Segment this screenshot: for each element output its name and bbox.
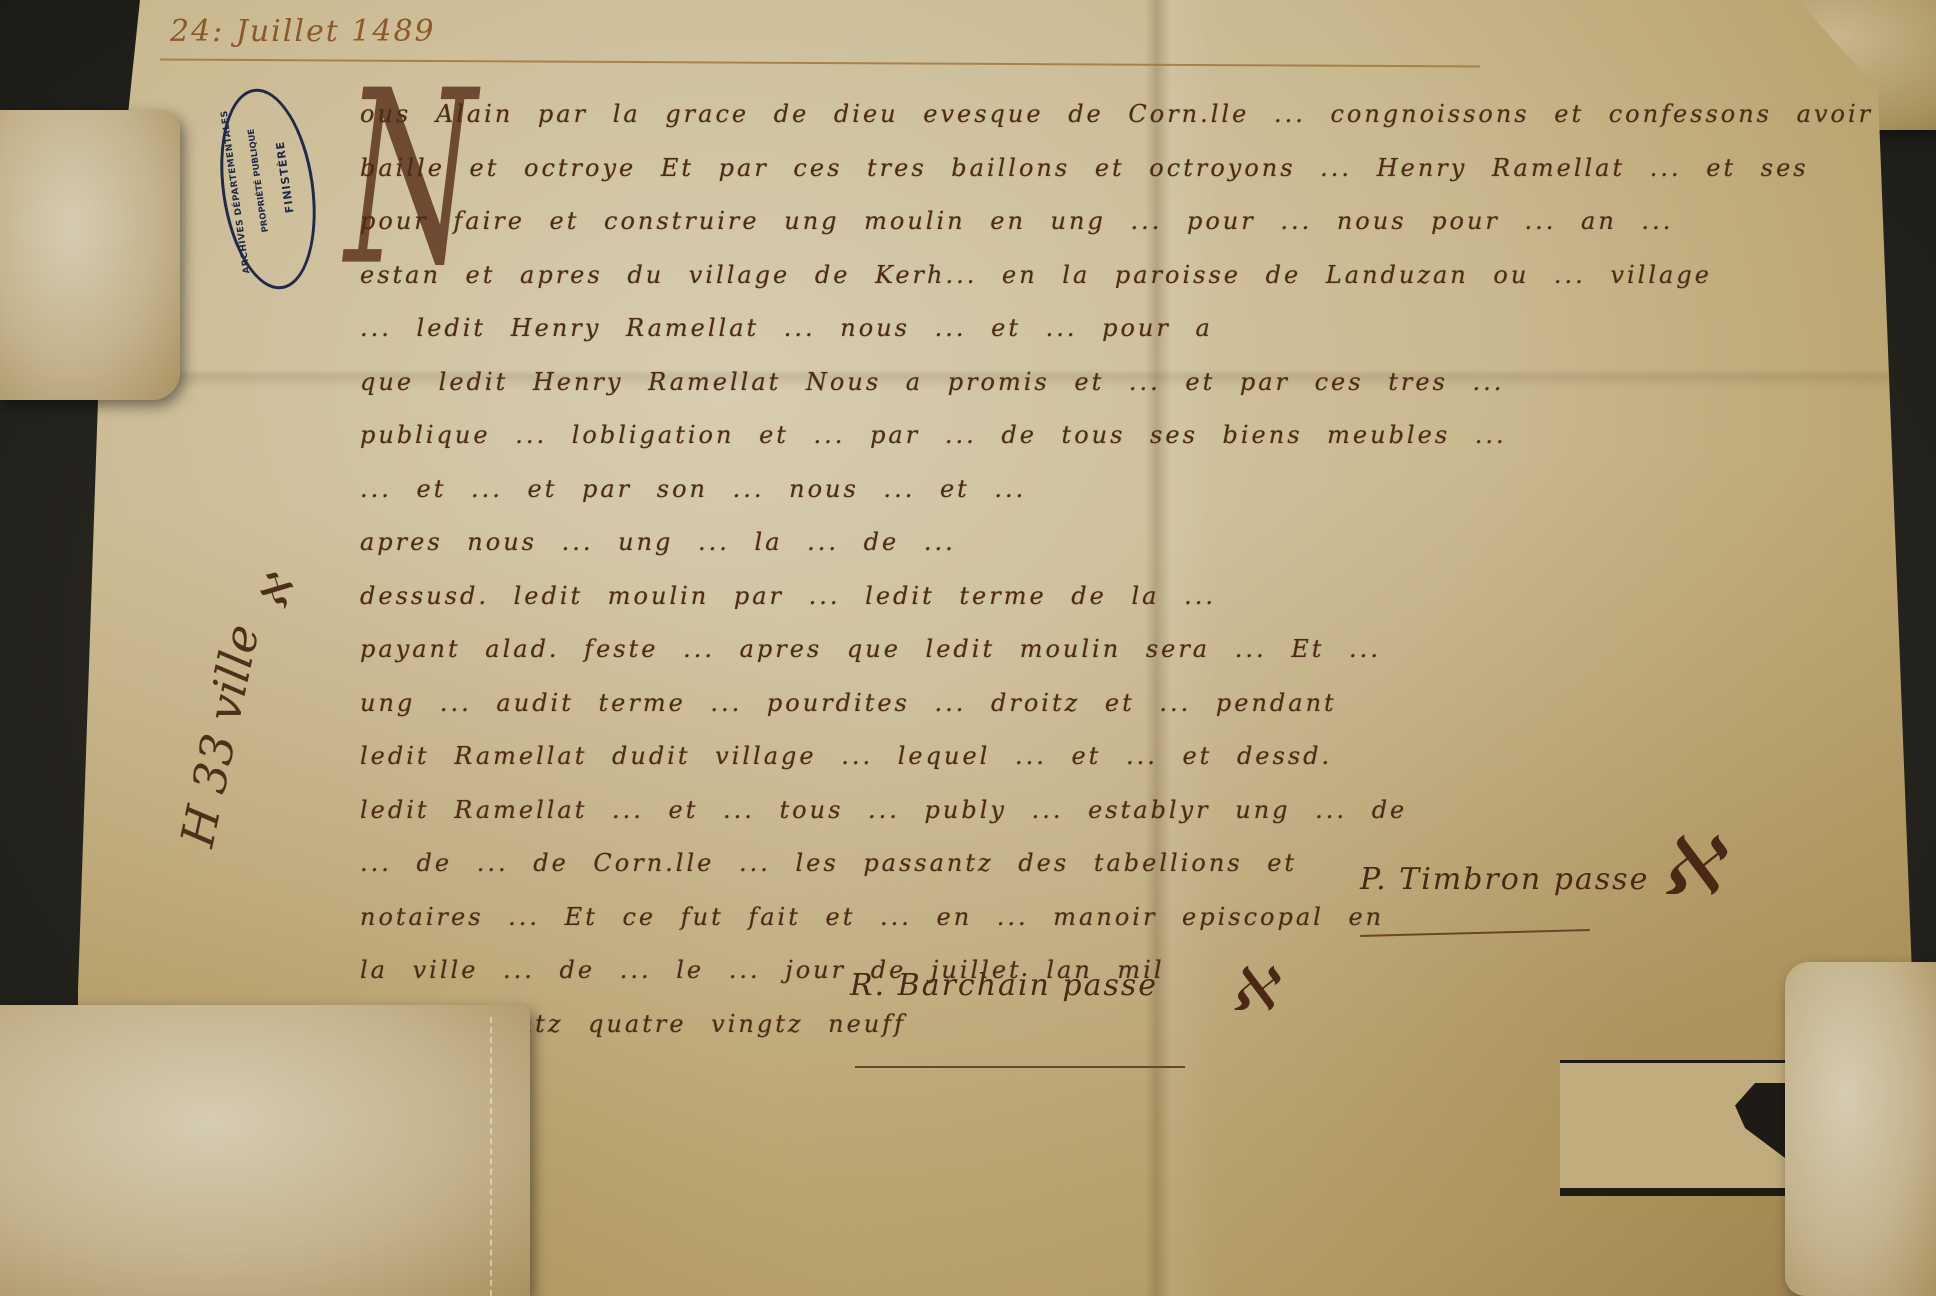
signature-timbron: P. Timbron passe	[1360, 862, 1649, 897]
manuscript-body: ous Alain par la grace de dieu evesque d…	[360, 88, 1830, 1051]
torn-edge	[1560, 1060, 1785, 1196]
text-line: notaires ... Et ce fut fait et ... en ..…	[360, 891, 1830, 945]
text-line: ledit Ramellat dudit village ... lequel …	[360, 730, 1830, 784]
paraph-flourish-icon: ℵ	[1660, 820, 1720, 913]
text-line: dessusd. ledit moulin par ... ledit term…	[360, 570, 1830, 624]
text-line: pour faire et construire ung moulin en u…	[360, 195, 1830, 249]
cloth-weight-bottom-left	[0, 1005, 530, 1296]
text-line: payant alad. feste ... apres que ledit m…	[360, 623, 1830, 677]
text-line: publique ... lobligation et ... par ... …	[360, 409, 1830, 463]
text-line: baille et octroye Et par ces tres baillo…	[360, 142, 1830, 196]
cloth-weight-right	[1785, 962, 1936, 1296]
stamp-line-2: PROPRIÉTÉ PUBLIQUE	[246, 128, 270, 233]
paraph-flourish-icon: ℵ	[1230, 955, 1275, 1025]
text-line: ous Alain par la grace de dieu evesque d…	[360, 88, 1830, 142]
stamp-line-3: FINISTÈRE	[273, 140, 296, 214]
text-line: ledit Ramellat ... et ... tous ... publy…	[360, 784, 1830, 838]
torn-hole	[1735, 1083, 1785, 1158]
text-line: apres nous ... ung ... la ... de ...	[360, 516, 1830, 570]
cloth-weight-left	[0, 110, 180, 400]
text-line: ... ledit Henry Ramellat ... nous ... et…	[360, 302, 1830, 356]
text-line: ung ... audit terme ... pourdites ... dr…	[360, 677, 1830, 731]
text-line: estan et apres du village de Kerh... en …	[360, 249, 1830, 303]
signature-underline	[855, 1066, 1185, 1068]
text-line: quatre centz quatre vingtz neuff	[360, 998, 1830, 1052]
signature-barchain: R. Barchain passe	[850, 968, 1158, 1003]
text-line: que ledit Henry Ramellat Nous a promis e…	[360, 356, 1830, 410]
text-line: ... et ... et par son ... nous ... et ..…	[360, 463, 1830, 517]
